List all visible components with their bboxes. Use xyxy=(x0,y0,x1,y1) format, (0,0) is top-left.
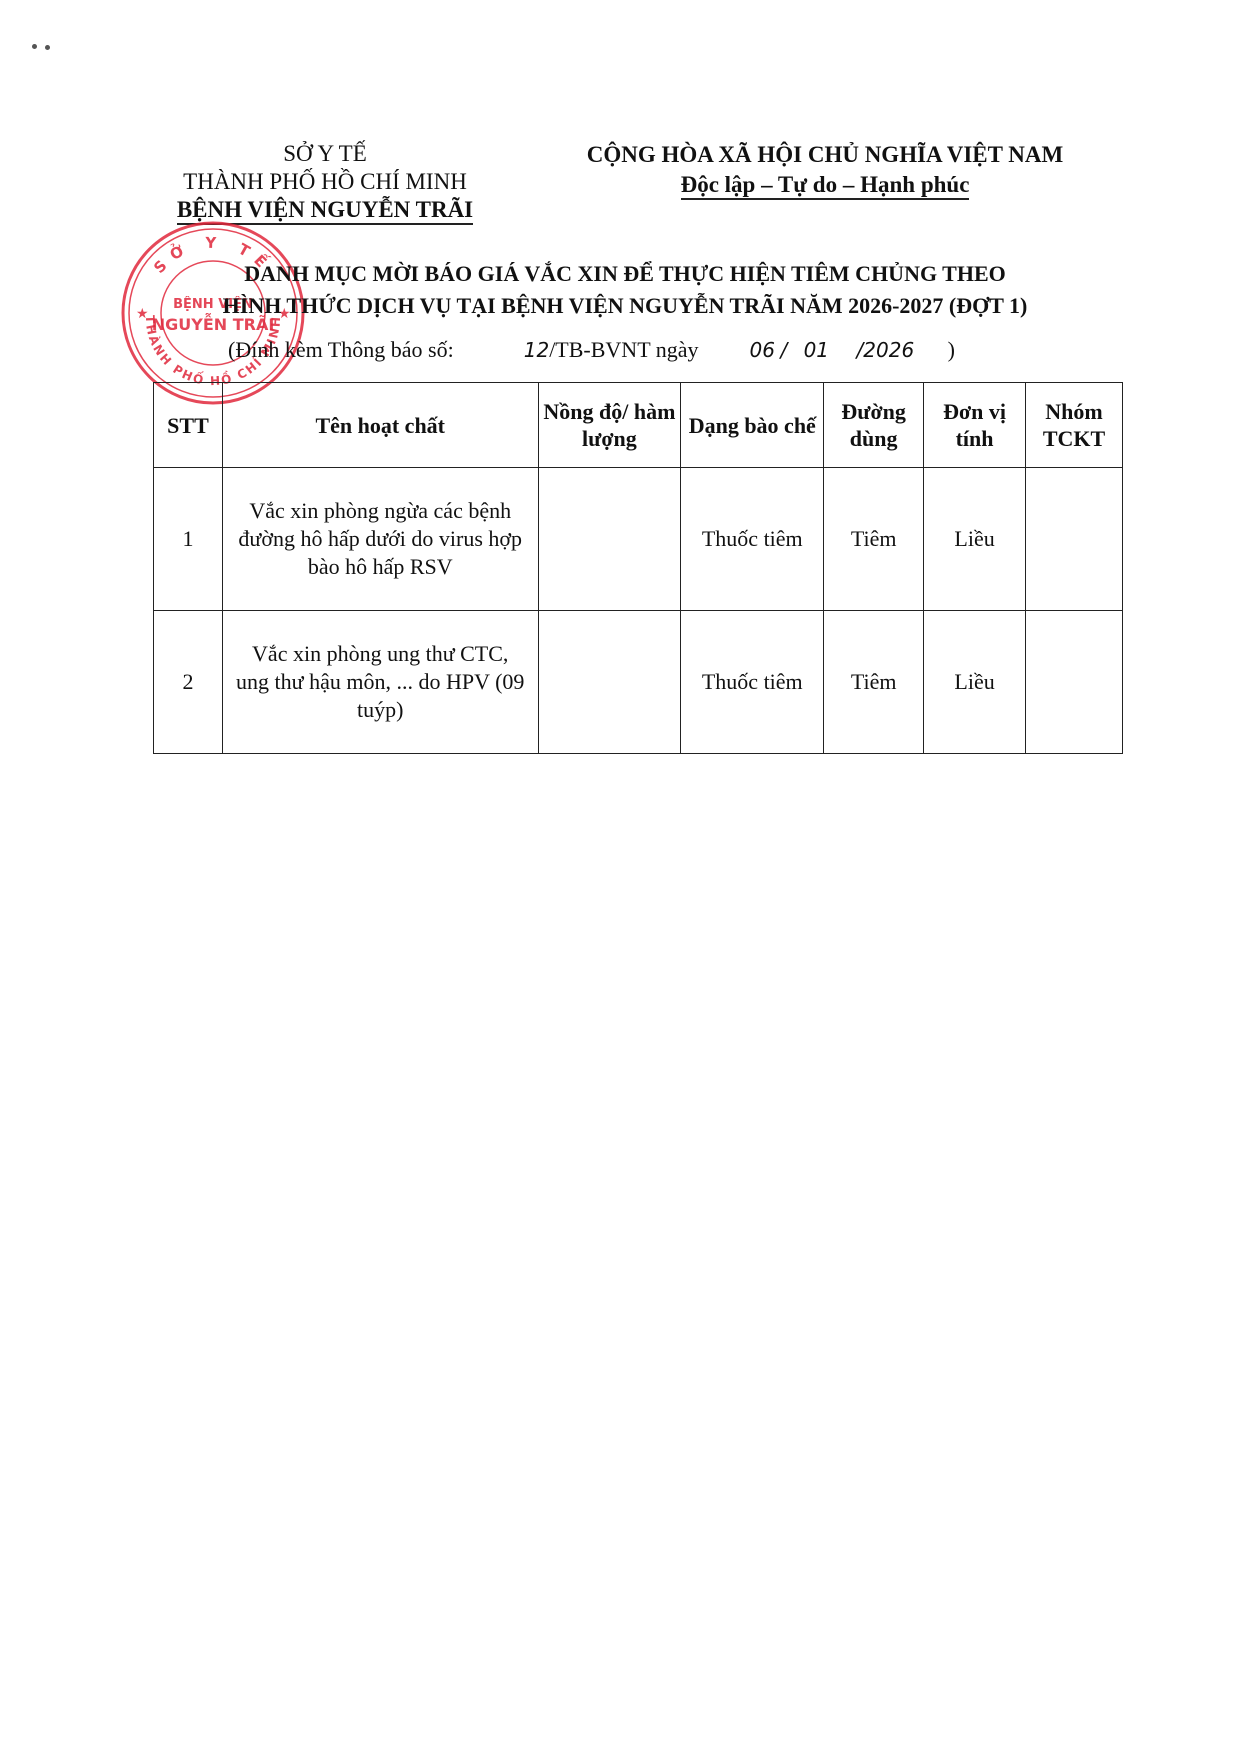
header-active-ingredient: Tên hoạt chất xyxy=(222,383,538,468)
cell-form: Thuốc tiêm xyxy=(681,468,824,611)
cell-form: Thuốc tiêm xyxy=(681,611,824,754)
date-year: 2026 xyxy=(863,338,914,362)
cell-strength xyxy=(538,468,681,611)
svg-text:★: ★ xyxy=(136,307,149,322)
cell-route: Tiêm xyxy=(824,468,924,611)
attachment-reference: (Đính kèm Thông báo số: 12/TB-BVNT ngày … xyxy=(228,335,1078,365)
header-dosage-form: Dạng bào chế xyxy=(681,383,824,468)
title-line-2: HÌNH THỨC DỊCH VỤ TẠI BỆNH VIỆN NGUYỄN T… xyxy=(150,290,1100,322)
date-day: 06 xyxy=(750,338,775,362)
scan-speck xyxy=(32,44,37,49)
vaccine-list-table: STT Tên hoạt chất Nồng độ/ hàm lượng Dạn… xyxy=(153,382,1123,754)
cell-strength xyxy=(538,611,681,754)
header-technical-group: Nhóm TCKT xyxy=(1026,383,1123,468)
header-route: Đường dùng xyxy=(824,383,924,468)
issuer-city: THÀNH PHỐ HỒ CHÍ MINH xyxy=(150,168,500,196)
national-header: CỘNG HÒA XÃ HỘI CHỦ NGHĨA VIỆT NAM Độc l… xyxy=(555,140,1095,200)
cell-group xyxy=(1026,611,1123,754)
cell-unit: Liều xyxy=(924,611,1026,754)
cell-unit: Liều xyxy=(924,468,1026,611)
cell-stt: 1 xyxy=(154,468,223,611)
scan-speck xyxy=(45,45,50,50)
cell-route: Tiêm xyxy=(824,611,924,754)
document-title: DANH MỤC MỜI BÁO GIÁ VẮC XIN ĐỂ THỰC HIỆ… xyxy=(150,258,1100,322)
header-strength: Nồng độ/ hàm lượng xyxy=(538,383,681,468)
notice-code: /TB-BVNT ngày xyxy=(549,337,698,362)
cell-stt: 2 xyxy=(154,611,223,754)
table-header-row: STT Tên hoạt chất Nồng độ/ hàm lượng Dạn… xyxy=(154,383,1123,468)
header-unit: Đơn vị tính xyxy=(924,383,1026,468)
national-motto: Độc lập – Tự do – Hạnh phúc xyxy=(681,171,970,200)
cell-group xyxy=(1026,468,1123,611)
cell-name: Vắc xin phòng ung thư CTC, ung thư hậu m… xyxy=(222,611,538,754)
notice-number: 12 xyxy=(459,335,549,365)
table-row: 2 Vắc xin phòng ung thư CTC, ung thư hậu… xyxy=(154,611,1123,754)
table-row: 1 Vắc xin phòng ngừa các bệnh đường hô h… xyxy=(154,468,1123,611)
header-stt: STT xyxy=(154,383,223,468)
country-name: CỘNG HÒA XÃ HỘI CHỦ NGHĨA VIỆT NAM xyxy=(555,140,1095,170)
attachment-prefix: (Đính kèm Thông báo số: xyxy=(228,337,454,362)
cell-name: Vắc xin phòng ngừa các bệnh đường hô hấp… xyxy=(222,468,538,611)
attachment-suffix: ) xyxy=(948,337,955,362)
title-line-1: DANH MỤC MỜI BÁO GIÁ VẮC XIN ĐỂ THỰC HIỆ… xyxy=(150,258,1100,290)
issuer-block: SỞ Y TẾ THÀNH PHỐ HỒ CHÍ MINH BỆNH VIỆN … xyxy=(150,140,500,225)
issuer-department: SỞ Y TẾ xyxy=(150,140,500,168)
date-month: 01 xyxy=(804,338,829,362)
